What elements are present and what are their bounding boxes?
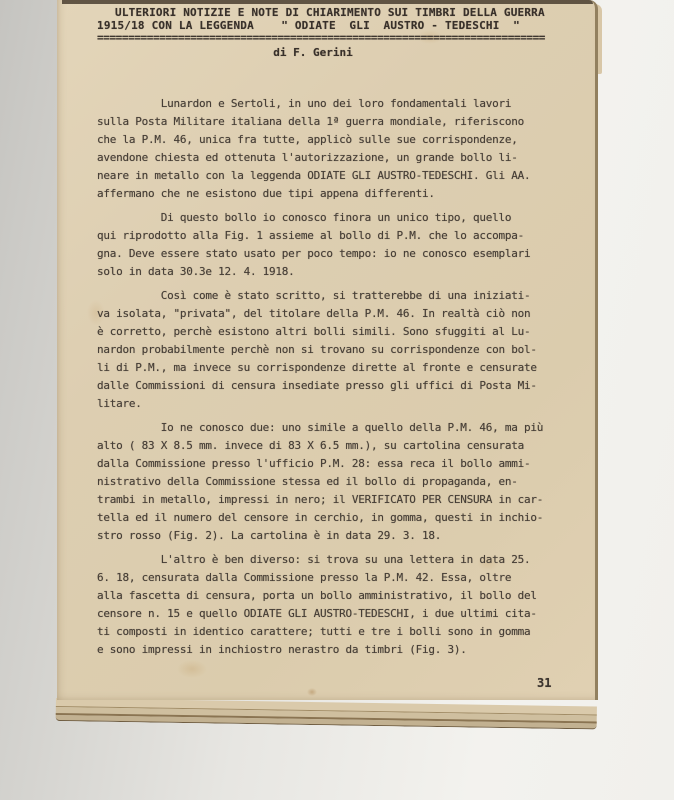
paper-stain: [307, 688, 317, 696]
document-title-line-1: ULTERIORI NOTIZIE E NOTE DI CHIARIMENTO …: [115, 6, 559, 19]
document-page: ULTERIORI NOTIZIE E NOTE DI CHIARIMENTO …: [57, 0, 598, 700]
document-title: ULTERIORI NOTIZIE E NOTE DI CHIARIMENTO …: [97, 6, 559, 32]
title-underline-rule: ========================================…: [97, 32, 559, 44]
scan-background: ULTERIORI NOTIZIE E NOTE DI CHIARIMENTO …: [0, 0, 674, 800]
typewritten-content: ULTERIORI NOTIZIE E NOTE DI CHIARIMENTO …: [97, 6, 559, 665]
body-paragraph-5: L'altro è ben diverso: si trova su una l…: [97, 551, 559, 659]
byline: di F. Gerini: [97, 46, 559, 59]
body-paragraph-4: Io ne conosco due: uno simile a quello d…: [97, 419, 559, 545]
page-stack-edges: [56, 698, 597, 729]
document-title-line-2: 1915/18 CON LA LEGGENDA " ODIATE GLI AUS…: [97, 19, 559, 32]
page-number: 31: [537, 676, 551, 690]
body-paragraph-3: Così come è stato scritto, si tratterebb…: [97, 287, 559, 413]
body-paragraph-1: Lunardon e Sertoli, in uno dei loro fond…: [97, 95, 559, 203]
document-body: Lunardon e Sertoli, in uno dei loro fond…: [97, 95, 559, 659]
body-paragraph-2: Di questo bollo io conosco finora un uni…: [97, 209, 559, 281]
